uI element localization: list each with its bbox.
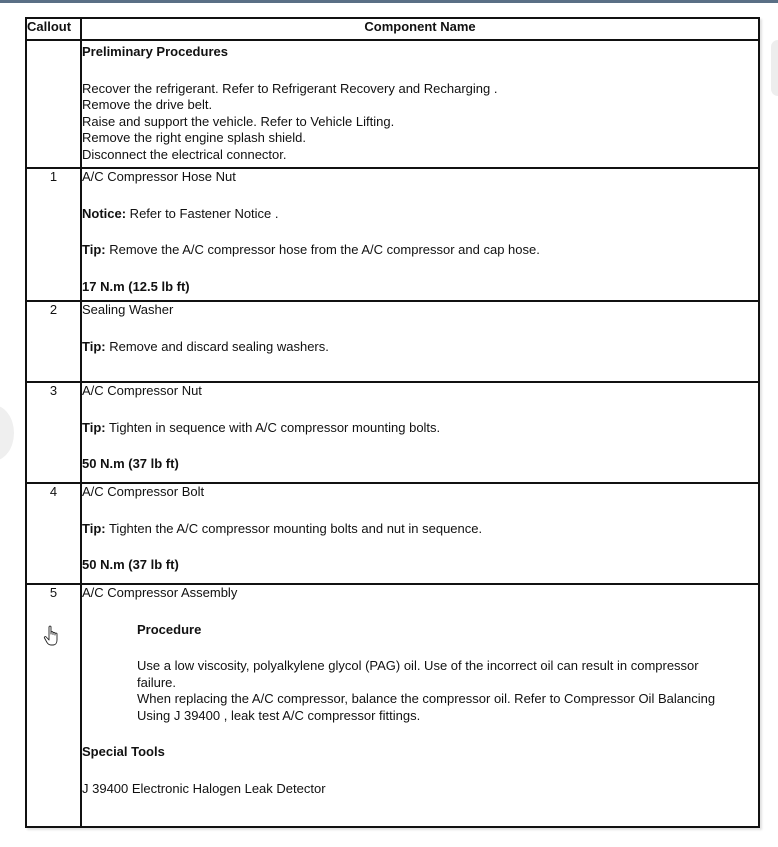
callout-number: 4 <box>26 483 81 584</box>
tip-label: Tip: <box>82 521 106 536</box>
preliminary-step: Remove the right engine splash shield. <box>82 130 758 147</box>
preliminary-step: Raise and support the vehicle. Refer to … <box>82 114 758 131</box>
component-name: A/C Compressor Bolt <box>82 484 758 501</box>
table-row-preliminary: Preliminary Procedures Recover the refri… <box>26 40 759 168</box>
preliminary-cell: Preliminary Procedures Recover the refri… <box>81 40 759 168</box>
component-cell: A/C Compressor Hose Nut Notice: Refer to… <box>81 168 759 301</box>
table-row: 3 A/C Compressor Nut Tip: Tighten in seq… <box>26 382 759 483</box>
component-name: Sealing Washer <box>82 302 758 319</box>
table-row: 2 Sealing Washer Tip: Remove and discard… <box>26 301 759 382</box>
table-row: 1 A/C Compressor Hose Nut Notice: Refer … <box>26 168 759 301</box>
component-cell: A/C Compressor Bolt Tip: Tighten the A/C… <box>81 483 759 584</box>
torque-spec: 17 N.m (12.5 lb ft) <box>82 279 758 296</box>
component-name: A/C Compressor Assembly <box>82 585 758 602</box>
scroll-hint-left <box>0 405 14 461</box>
callout-number-cell: 5 <box>26 584 81 827</box>
procedure-title: Procedure <box>82 622 758 639</box>
header-callout: Callout <box>26 18 81 40</box>
hand-pointer-icon <box>43 625 61 647</box>
header-component-name: Component Name <box>81 18 759 40</box>
procedure-line: Using J 39400 , leak test A/C compressor… <box>137 708 728 725</box>
preliminary-title: Preliminary Procedures <box>82 44 758 61</box>
component-cell: Sealing Washer Tip: Remove and discard s… <box>81 301 759 382</box>
callout-number: 5 <box>50 585 57 600</box>
procedure-line: Use a low viscosity, polyalkylene glycol… <box>137 658 728 691</box>
notice-label: Notice: <box>82 206 126 221</box>
special-tool-item: J 39400 Electronic Halogen Leak Detector <box>82 781 758 798</box>
tip-line: Tip: Tighten in sequence with A/C compre… <box>82 420 758 437</box>
component-cell: A/C Compressor Assembly Procedure Use a … <box>81 584 759 827</box>
tip-label: Tip: <box>82 242 106 257</box>
torque-spec: 50 N.m (37 lb ft) <box>82 456 758 473</box>
notice-line: Notice: Refer to Fastener Notice . <box>82 206 758 223</box>
callout-number: 2 <box>26 301 81 382</box>
callout-cell-empty <box>26 40 81 168</box>
component-cell: A/C Compressor Nut Tip: Tighten in seque… <box>81 382 759 483</box>
tip-label: Tip: <box>82 339 106 354</box>
tip-text: Remove the A/C compressor hose from the … <box>106 242 540 257</box>
scroll-hint-right <box>771 40 778 96</box>
component-table: Callout Component Name Preliminary Proce… <box>25 17 760 828</box>
component-name: A/C Compressor Hose Nut <box>82 169 758 186</box>
tip-text: Tighten the A/C compressor mounting bolt… <box>106 521 483 536</box>
notice-text: Refer to Fastener Notice . <box>126 206 278 221</box>
tip-line: Tip: Tighten the A/C compressor mounting… <box>82 521 758 538</box>
component-name: A/C Compressor Nut <box>82 383 758 400</box>
special-tools-title: Special Tools <box>82 744 758 761</box>
procedure-line: When replacing the A/C compressor, balan… <box>137 691 728 708</box>
callout-number: 1 <box>26 168 81 301</box>
callout-number: 3 <box>26 382 81 483</box>
tip-text: Remove and discard sealing washers. <box>106 339 329 354</box>
preliminary-step: Remove the drive belt. <box>82 97 758 114</box>
table-row: 4 A/C Compressor Bolt Tip: Tighten the A… <box>26 483 759 584</box>
preliminary-step: Recover the refrigerant. Refer to Refrig… <box>82 81 758 98</box>
table-header-row: Callout Component Name <box>26 18 759 40</box>
window-top-bar <box>0 0 778 3</box>
preliminary-step: Disconnect the electrical connector. <box>82 147 758 164</box>
tip-label: Tip: <box>82 420 106 435</box>
table-row: 5 A/C Compressor Assembly Procedure Use … <box>26 584 759 827</box>
tip-line: Tip: Remove the A/C compressor hose from… <box>82 242 758 259</box>
torque-spec: 50 N.m (37 lb ft) <box>82 557 758 574</box>
tip-text: Tighten in sequence with A/C compressor … <box>106 420 441 435</box>
tip-line: Tip: Remove and discard sealing washers. <box>82 339 758 356</box>
